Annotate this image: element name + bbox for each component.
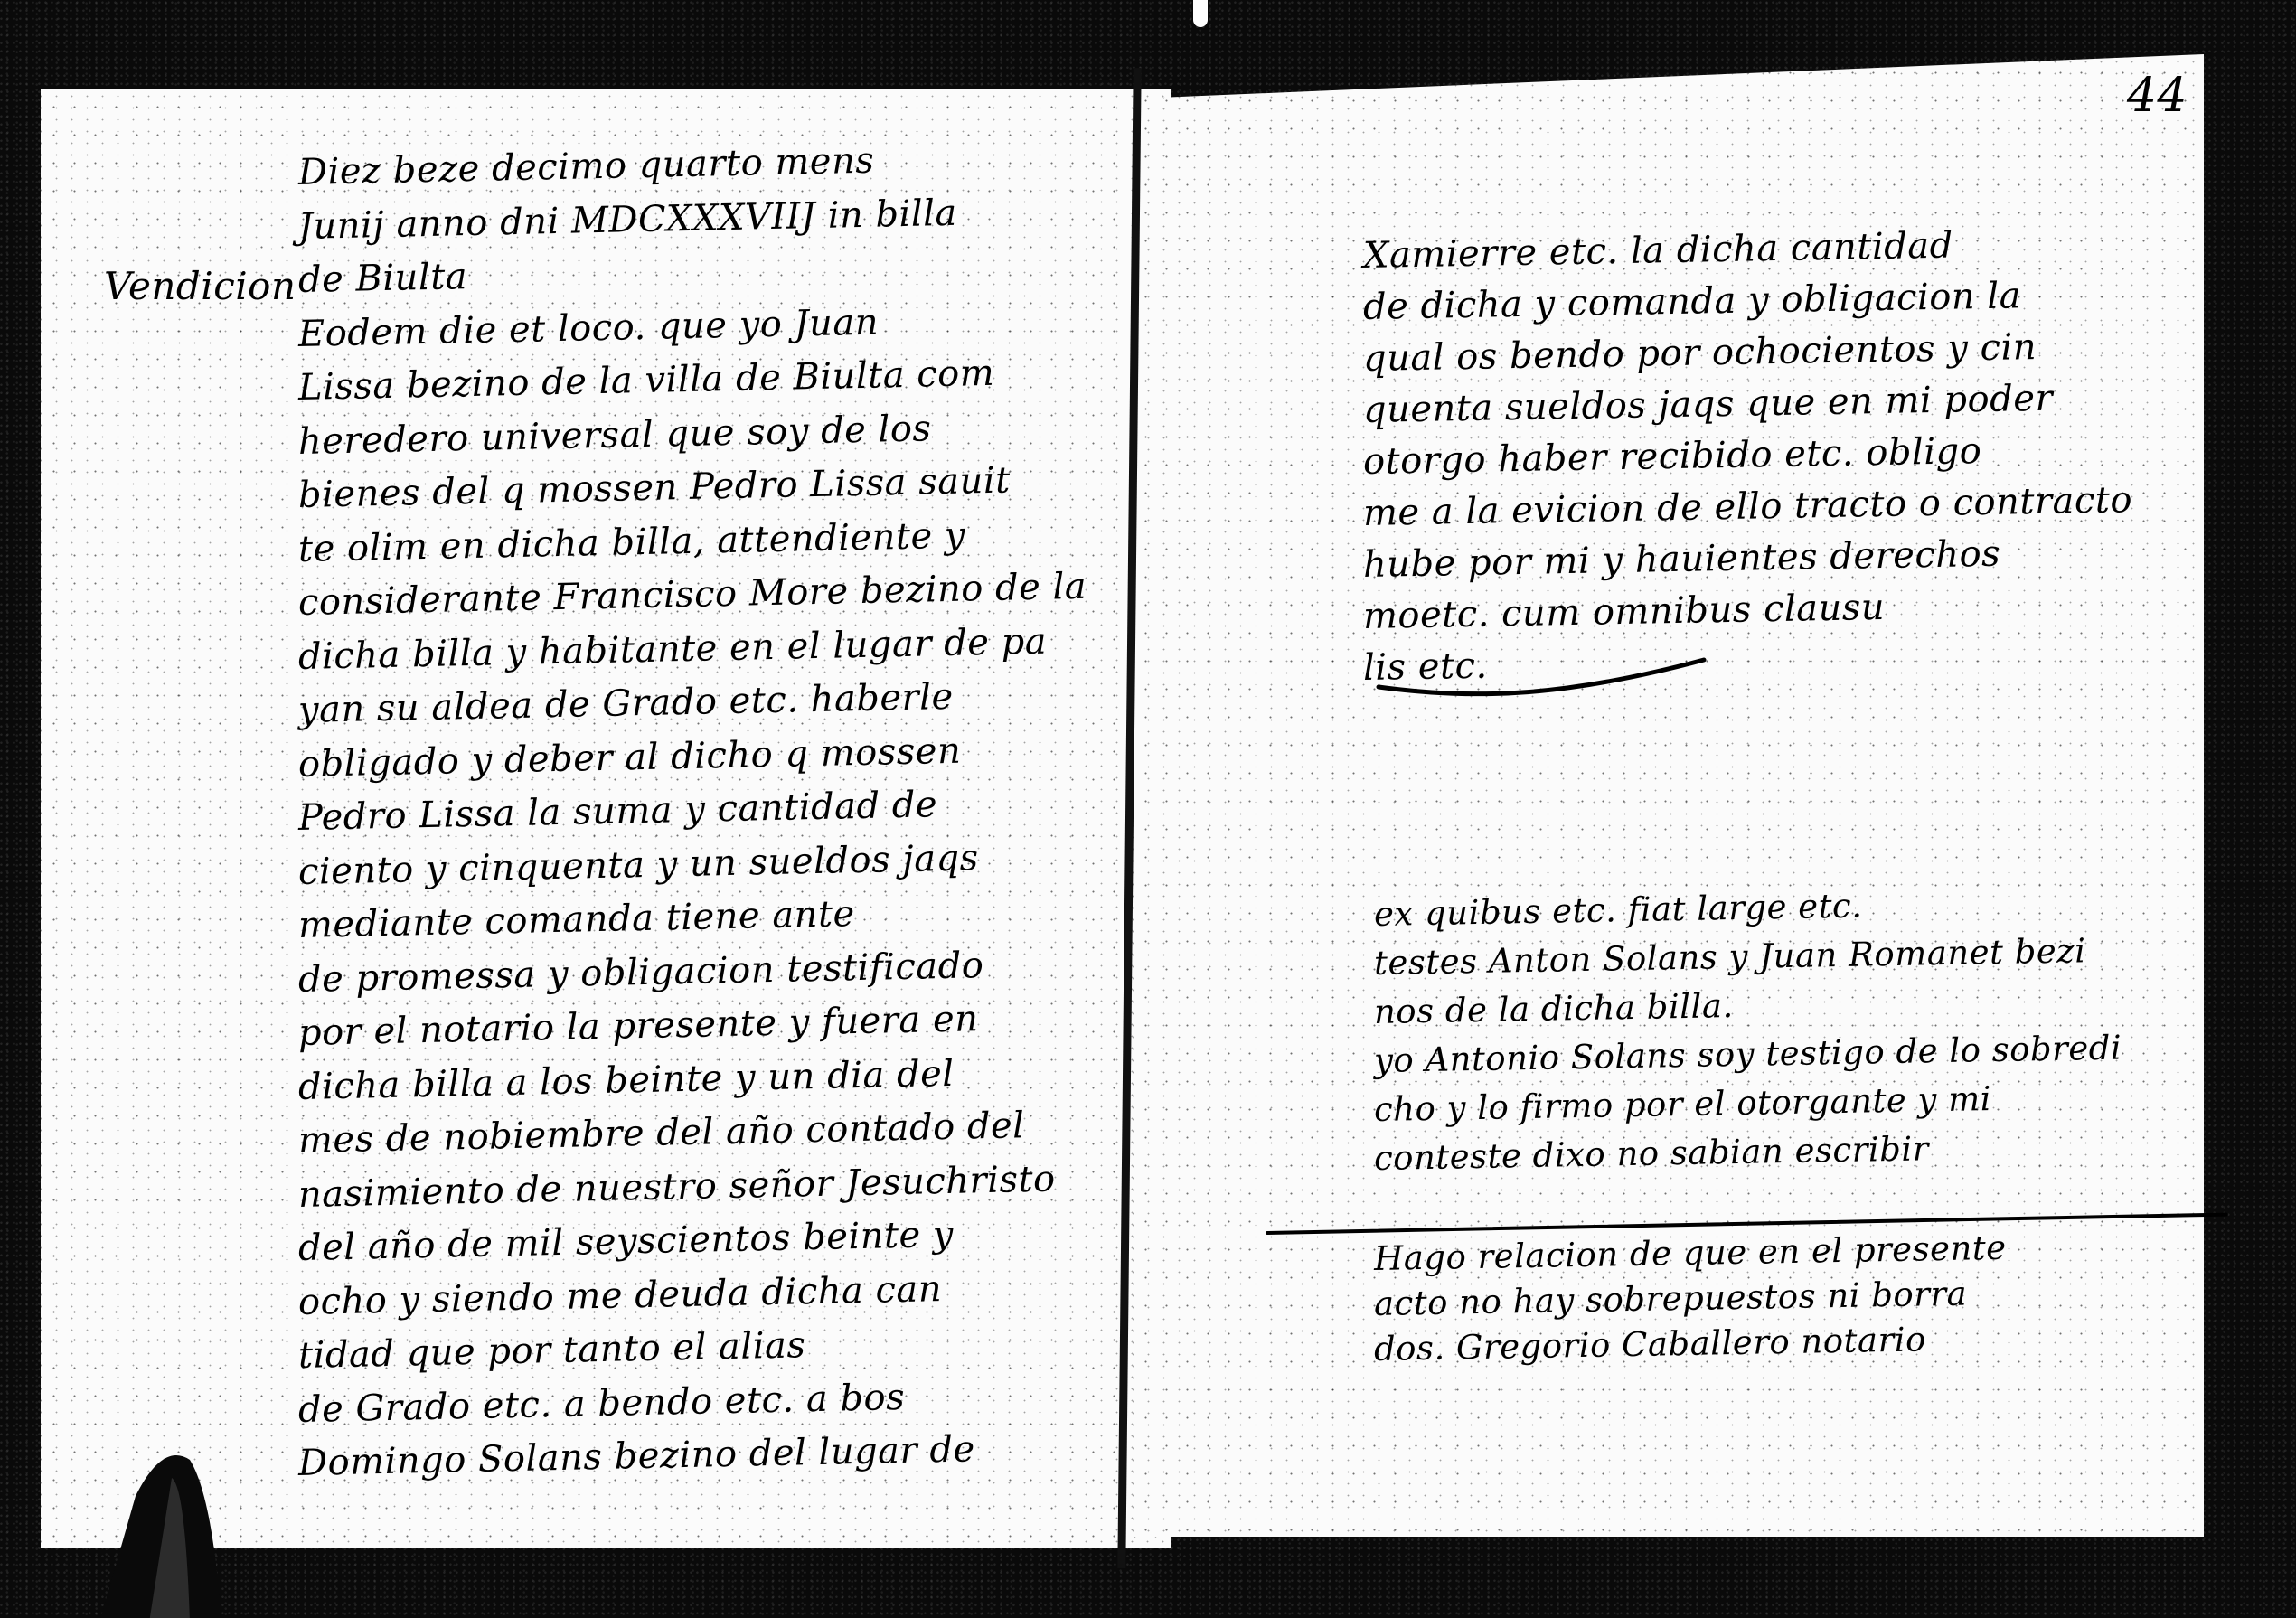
witness-block: ex quibus etc. fiat large etc. testes An…	[1374, 890, 2122, 1183]
binding-strap-shadow	[99, 1442, 226, 1618]
notary-certification: Hago relacion de que en el presente acto…	[1374, 1237, 2007, 1372]
binding-notch	[1193, 0, 1208, 27]
right-page-deed-text: Xamierre etc. la dicha cantidad de dicha…	[1363, 230, 2132, 694]
margin-note: Vendicion	[104, 264, 296, 308]
left-page-text: Diez beze decimo quarto mens Junij anno …	[298, 146, 1087, 1491]
folio-number: 44	[2127, 69, 2188, 123]
closing-flourish	[1369, 651, 1713, 705]
